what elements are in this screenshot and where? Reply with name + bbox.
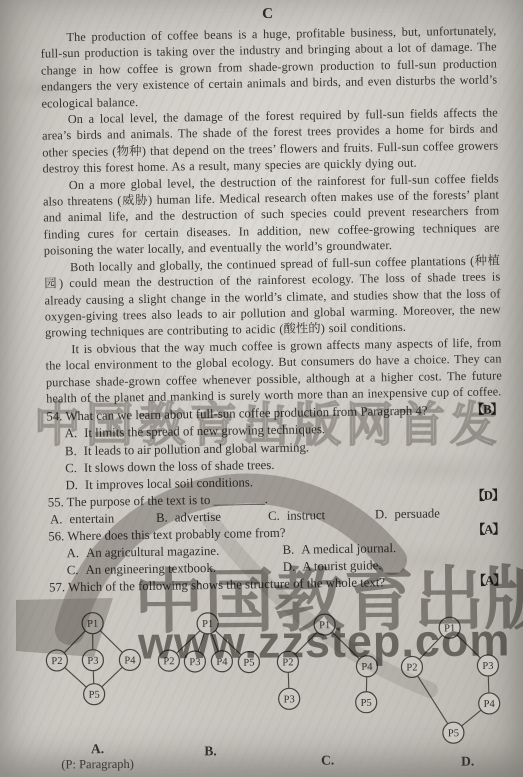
svg-text:P5: P5 [89,690,100,701]
svg-text:P3: P3 [482,661,493,672]
svg-text:P2: P2 [51,656,62,667]
diagram-c-graph: P1P2P4P3P5 [268,611,387,719]
diagram-d-label: D. [393,753,511,770]
diagram-option-a: P1P2P3P4P5 A. (P: Paragraph) [38,611,157,773]
structure-diagrams: P1P2P3P4P5 A. (P: Paragraph) P1P2P3P4P5 … [0,0,523,777]
paragraph-legend: (P: Paragraph) [39,757,157,773]
svg-text:P2: P2 [163,656,174,667]
svg-text:P4: P4 [361,662,373,673]
diagram-option-c: P1P2P4P3P5 C. [268,611,387,769]
scanned-exam-page: 中国教育出版网首发 C The production of coffee bea… [0,0,523,777]
svg-text:P4: P4 [124,655,136,666]
svg-text:P3: P3 [87,656,98,667]
diagram-d-graph: P1P2P3P4P5 [392,613,511,750]
diagram-option-d: P1P2P3P4P5 D. [392,613,511,770]
svg-text:P1: P1 [319,620,330,631]
diagram-a-label: A. [38,741,156,758]
svg-text:P2: P2 [406,663,417,674]
svg-text:P4: P4 [484,699,496,710]
svg-text:P5: P5 [361,698,372,709]
svg-text:P1: P1 [202,619,213,630]
diagram-c-label: C. [269,752,387,769]
svg-text:P3: P3 [284,694,295,705]
svg-text:P3: P3 [189,657,200,668]
svg-text:P4: P4 [216,657,228,668]
svg-text:P2: P2 [282,657,293,668]
diagram-b-graph: P1P2P3P4P5 [158,610,262,682]
diagram-a-graph: P1P2P3P4P5 [38,611,157,712]
svg-text:P5: P5 [243,658,254,669]
diagram-b-label: B. [158,743,262,760]
svg-text:P5: P5 [448,728,459,739]
svg-text:P1: P1 [444,623,455,634]
svg-text:P1: P1 [87,619,98,630]
diagram-option-b: P1P2P3P4P5 B. [158,610,263,760]
